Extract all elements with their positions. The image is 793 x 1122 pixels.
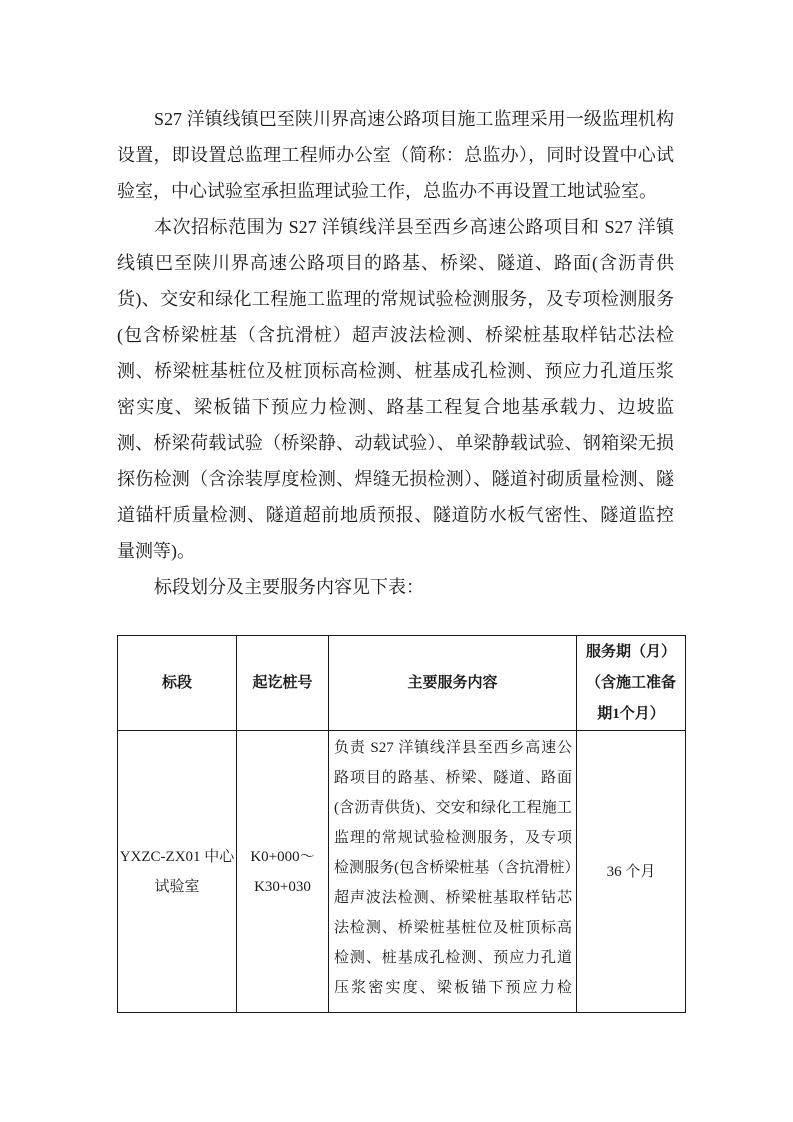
document-page: S27 洋镇线镇巴至陕川界高速公路项目施工监理采用一级监理机构设置，即设置总监理…	[0, 0, 793, 1122]
cell-service-period: 36 个月	[577, 731, 686, 1013]
col-header-service-period: 服务期（月） （含施工准备 期1个月）	[577, 636, 686, 731]
document-body: S27 洋镇线镇巴至陕川界高速公路项目施工监理采用一级监理机构设置，即设置总监理…	[117, 101, 674, 605]
cell-stake-range: K0+000～ K30+030	[237, 731, 329, 1013]
cell-services: 负责 S27 洋镇线洋县至西乡高速公路项目的路基、桥梁、隧道、路面(含沥青供货)…	[329, 731, 577, 1013]
paragraph-bidding-scope: 本次招标范围为 S27 洋镇线洋县至西乡高速公路项目和 S27 洋镇线镇巴至陕川…	[117, 209, 674, 569]
table-row: YXZC-ZX01 中心 试验室 K0+000～ K30+030 负责 S27 …	[118, 731, 686, 1013]
col-header-section: 标段	[118, 636, 237, 731]
col-header-stake-range: 起讫桩号	[237, 636, 329, 731]
cell-services-text: 负责 S27 洋镇线洋县至西乡高速公路项目的路基、桥梁、隧道、路面(含沥青供货)…	[334, 733, 572, 1009]
table-header-row: 标段 起讫桩号 主要服务内容 服务期（月） （含施工准备 期1个月）	[118, 636, 686, 731]
paragraph-table-leadin: 标段划分及主要服务内容见下表：	[117, 569, 674, 605]
paragraph-supervision-setup: S27 洋镇线镇巴至陕川界高速公路项目施工监理采用一级监理机构设置，即设置总监理…	[117, 101, 674, 209]
sections-table: 标段 起讫桩号 主要服务内容 服务期（月） （含施工准备 期1个月） YXZC-…	[117, 635, 686, 1013]
col-header-services: 主要服务内容	[329, 636, 577, 731]
cell-section-id: YXZC-ZX01 中心 试验室	[118, 731, 237, 1013]
